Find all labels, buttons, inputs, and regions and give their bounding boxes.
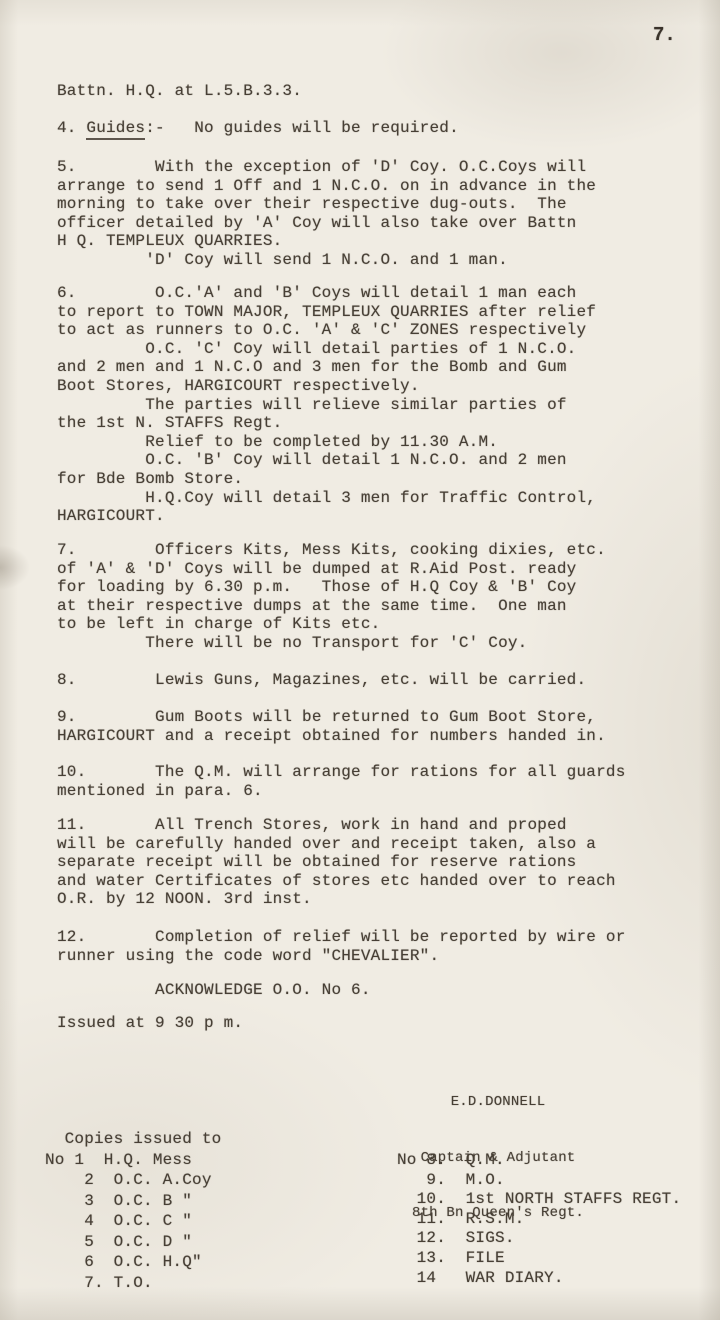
text-line: 12. SIGS. [397,1229,681,1249]
text-line: separate receipt will be obtained for re… [57,853,616,872]
signature-name: E.D.DONNELL [405,1093,591,1112]
para-4-text: :- No guides will be required. [145,119,459,137]
para-6: 6. O.C.'A' and 'B' Coys will detail 1 ma… [57,284,596,526]
copies-list-left: Copies issued toNo 1 H.Q. Mess 2 O.C. A.… [45,1129,221,1293]
issued-line: Issued at 9 30 p m. [57,1014,243,1033]
document-page: 7. Battn. H.Q. at L.5.B.3.3. 4. Guides:-… [0,0,720,1320]
copies-list-right: No 8. Q.M. 9. M.O. 10. 1st NORTH STAFFS … [397,1151,681,1288]
text-line: the 1st N. STAFFS Regt. [57,414,596,433]
text-line: 10. 1st NORTH STAFFS REGT. [397,1190,681,1210]
text-line: H.Q.Coy will detail 3 men for Traffic Co… [57,489,596,508]
text-line: morning to take over their respective du… [57,195,596,214]
text-line: HARGICOURT and a receipt obtained for nu… [57,727,606,746]
text-line: 9. M.O. [397,1171,681,1191]
text-line: 6. O.C.'A' and 'B' Coys will detail 1 ma… [57,284,596,303]
para-5: 5. With the exception of 'D' Coy. O.C.Co… [57,158,596,270]
text-line: to be left in charge of Kits etc. [57,615,606,634]
text-line: 6 O.C. H.Q" [45,1252,221,1273]
page-number: 7. [653,24,676,46]
text-line: 'D' Coy will send 1 N.C.O. and 1 man. [57,251,596,270]
text-line: for Bde Bomb Store. [57,470,596,489]
para-7: 7. Officers Kits, Mess Kits, cooking dix… [57,541,606,653]
text-line: 2 O.C. A.Coy [45,1170,221,1191]
text-line: arrange to send 1 Off and 1 N.C.O. on in… [57,177,596,196]
text-line: 7. Officers Kits, Mess Kits, cooking dix… [57,541,606,560]
text-line: O.C. 'B' Coy will detail 1 N.C.O. and 2 … [57,451,596,470]
text-line: 3 O.C. B " [45,1191,221,1212]
text-line: Copies issued to [45,1129,221,1150]
text-line: 11. All Trench Stores, work in hand and … [57,816,616,835]
text-line: No 8. Q.M. [397,1151,681,1171]
text-line: 13. FILE [397,1249,681,1269]
text-line: 10. The Q.M. will arrange for rations fo… [57,763,626,782]
text-line: 9. Gum Boots will be returned to Gum Boo… [57,708,606,727]
text-line: 5. With the exception of 'D' Coy. O.C.Co… [57,158,596,177]
text-line: 12. Completion of relief will be reporte… [57,928,626,947]
text-line: of 'A' & 'D' Coys will be dumped at R.Ai… [57,560,606,579]
text-line: 14 WAR DIARY. [397,1269,681,1289]
text-line: 8. Lewis Guns, Magazines, etc. will be c… [57,671,586,690]
text-line: to act as runners to O.C. 'A' & 'C' ZONE… [57,321,596,340]
para-9: 9. Gum Boots will be returned to Gum Boo… [57,708,606,745]
text-line: 4 O.C. C " [45,1211,221,1232]
text-line: to report to TOWN MAJOR, TEMPLEUX QUARRI… [57,303,596,322]
text-line: Boot Stores, HARGICOURT respectively. [57,377,596,396]
text-line: There will be no Transport for 'C' Coy. [57,634,606,653]
para-8: 8. Lewis Guns, Magazines, etc. will be c… [57,671,586,690]
para-4-number: 4. [57,119,86,137]
text-line: 5 O.C. D " [45,1232,221,1253]
text-line: No 1 H.Q. Mess [45,1150,221,1171]
text-line: H Q. TEMPLEUX QUARRIES. [57,232,596,251]
text-line: 7. T.O. [45,1273,221,1294]
text-line: HARGICOURT. [57,507,596,526]
text-line: will be carefully handed over and receip… [57,835,616,854]
text-line: at their respective dumps at the same ti… [57,597,606,616]
acknowledge-line: ACKNOWLEDGE O.O. No 6. [57,981,371,1000]
text-line: O.R. by 12 NOON. 3rd inst. [57,890,616,909]
text-line: 11. R.S.M. [397,1210,681,1230]
text-line: and 2 men and 1 N.C.O and 3 men for the … [57,358,596,377]
para-10: 10. The Q.M. will arrange for rations fo… [57,763,626,800]
battn-hq-line: Battn. H.Q. at L.5.B.3.3. [57,82,302,101]
text-line: and water Certificates of stores etc han… [57,872,616,891]
text-line: Relief to be completed by 11.30 A.M. [57,433,596,452]
text-line: officer detailed by 'A' Coy will also ta… [57,214,596,233]
para-12: 12. Completion of relief will be reporte… [57,928,626,965]
text-line: The parties will relieve similar parties… [57,396,596,415]
para-11: 11. All Trench Stores, work in hand and … [57,816,616,909]
para-4-heading-underlined: Guides [86,119,145,140]
text-line: for loading by 6.30 p.m. Those of H.Q Co… [57,578,606,597]
text-line: O.C. 'C' Coy will detail parties of 1 N.… [57,340,596,359]
para-4-guides: 4. Guides:- No guides will be required. [57,119,459,138]
text-line: runner using the code word "CHEVALIER". [57,947,626,966]
text-line: mentioned in para. 6. [57,782,626,801]
